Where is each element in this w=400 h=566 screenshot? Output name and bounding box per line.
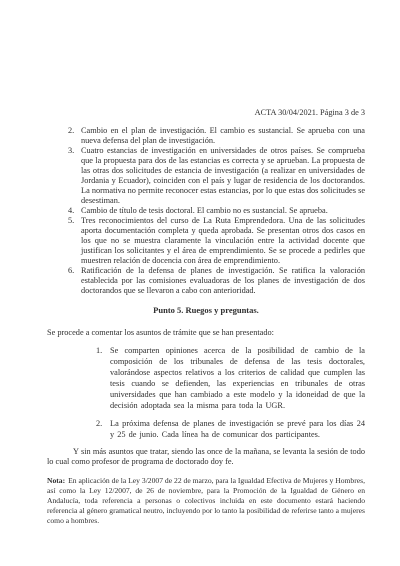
agenda-item-number: 3. xyxy=(68,146,81,206)
agenda-item-text: Cuatro estancias de investigación en uni… xyxy=(81,146,365,206)
footnote-label: Nota: xyxy=(47,476,65,485)
agenda-item-number: 5. xyxy=(68,216,81,266)
footnote: Nota:En aplicación de la Ley 3/2007 de 2… xyxy=(47,476,365,526)
agenda-item: 3. Cuatro estancias de investigación en … xyxy=(68,146,365,206)
punto5-item: 1. Se comparten opiniones acerca de la p… xyxy=(96,345,365,411)
agenda-item: 2. Cambio en el plan de investigación. E… xyxy=(68,126,365,146)
punto5-item-text: Se comparten opiniones acerca de la posi… xyxy=(110,345,365,411)
agenda-item-number: 4. xyxy=(68,206,81,216)
punto5-item: 2. La próxima defensa de planes de inves… xyxy=(96,418,365,440)
agenda-item-number: 2. xyxy=(68,126,81,146)
agenda-item: 5. Tres reconocimientos del curso de La … xyxy=(68,216,365,266)
agenda-item-text: Cambio de título de tesis doctoral. El c… xyxy=(81,206,365,216)
agenda-item-text: Cambio en el plan de investigación. El c… xyxy=(81,126,365,146)
intro-paragraph: Se procede a comentar los asuntos de trá… xyxy=(47,328,365,338)
punto5-list: 1. Se comparten opiniones acerca de la p… xyxy=(47,345,365,440)
punto5-item-number: 1. xyxy=(96,345,110,411)
agenda-list: 2. Cambio en el plan de investigación. E… xyxy=(47,126,365,296)
section-heading: Punto 5. Ruegos y preguntas. xyxy=(47,305,365,315)
agenda-item: 4. Cambio de título de tesis doctoral. E… xyxy=(68,206,365,216)
closing-paragraph: Y sin más asuntos que tratar, siendo las… xyxy=(47,447,365,467)
footnote-text: En aplicación de la Ley 3/2007 de 22 de … xyxy=(47,476,365,525)
page-header: ACTA 30/04/2021. Página 3 de 3 xyxy=(47,108,365,118)
document-page: ACTA 30/04/2021. Página 3 de 3 2. Cambio… xyxy=(0,0,400,566)
agenda-item-text: Ratificación de la defensa de planes de … xyxy=(81,266,365,296)
punto5-item-text: La próxima defensa de planes de investig… xyxy=(110,418,365,440)
agenda-item: 6. Ratificación de la defensa de planes … xyxy=(68,266,365,296)
agenda-item-text: Tres reconocimientos del curso de La Rut… xyxy=(81,216,365,266)
agenda-item-number: 6. xyxy=(68,266,81,296)
punto5-item-number: 2. xyxy=(96,418,110,440)
